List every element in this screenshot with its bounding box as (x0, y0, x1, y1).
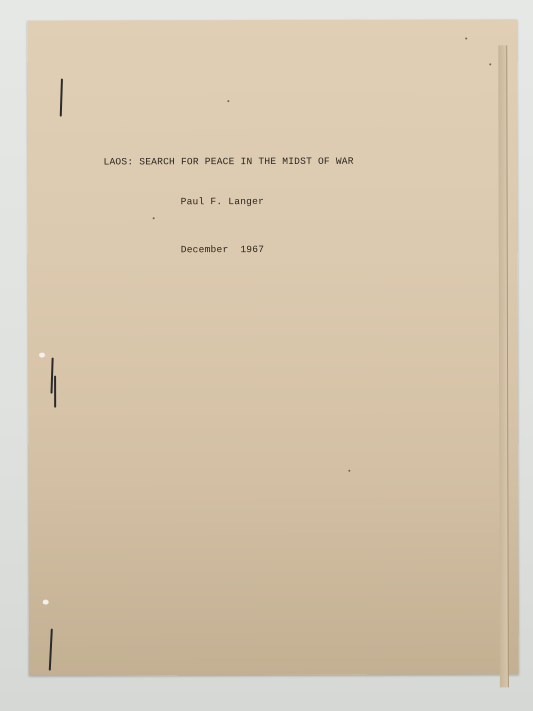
paper-speck (227, 100, 229, 102)
paper-speck (465, 37, 467, 39)
paper-speck (153, 217, 155, 219)
document-title: LAOS: SEARCH FOR PEACE IN THE MIDST OF W… (103, 156, 353, 168)
document-page: LAOS: SEARCH FOR PEACE IN THE MIDST OF W… (27, 19, 519, 675)
document-author: Paul F. Langer (181, 196, 264, 207)
paper-tear (39, 353, 45, 358)
page-stack-edge (498, 45, 509, 687)
staple-icon (60, 79, 63, 117)
document-date: December 1967 (181, 244, 264, 255)
paper-speck (489, 63, 491, 65)
staple-icon (49, 629, 53, 671)
paper-speck (348, 470, 350, 472)
staple-icon (54, 376, 56, 408)
paper-tear (43, 600, 49, 605)
